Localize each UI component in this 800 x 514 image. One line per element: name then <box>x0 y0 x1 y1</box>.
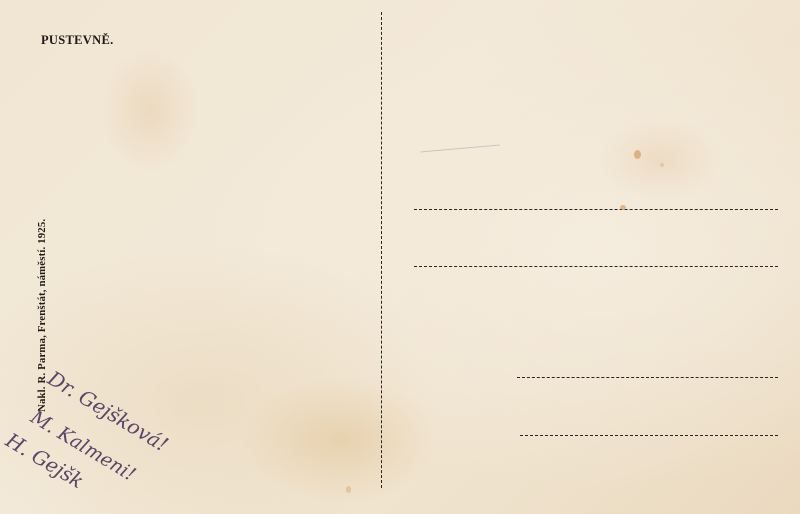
handwritten-line: H. Gejšk <box>2 428 89 493</box>
handwritten-line: Dr. Gejšková! <box>44 366 173 457</box>
stain-spot <box>660 163 664 167</box>
postcard-back: PUSTEVNĚ. Nakl. R. Parma, Frenštát, námě… <box>0 0 800 514</box>
address-line-3 <box>517 377 778 378</box>
stain-spot <box>620 205 626 210</box>
stain-spot <box>346 486 351 493</box>
handwritten-signatures: Dr. Gejšková! M. Kalmeni! H. Gejšk <box>0 0 800 514</box>
message-address-divider <box>381 12 382 488</box>
address-line-2 <box>414 266 778 267</box>
publisher-imprint: Nakl. R. Parma, Frenštát, náměstí. 1925. <box>36 219 48 412</box>
address-line-1 <box>414 209 778 210</box>
postcard-title: PUSTEVNĚ. <box>41 33 114 48</box>
address-line-4 <box>520 435 778 436</box>
handwritten-line: M. Kalmeni! <box>27 406 140 486</box>
stain-spot <box>634 150 641 159</box>
pencil-mark <box>420 145 500 153</box>
